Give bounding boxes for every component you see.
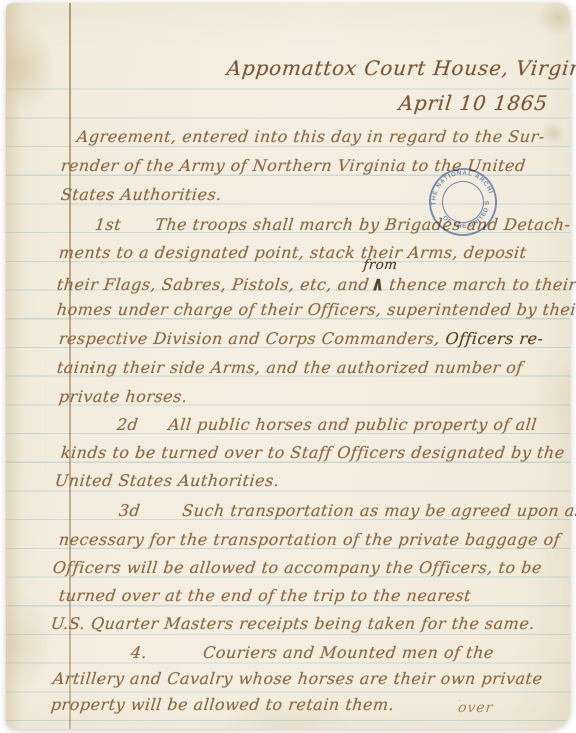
line-text: U.S. Quarter Masters receipts being take… (50, 614, 536, 633)
manuscript-line: necessary for the transportation of the … (58, 532, 561, 548)
date-text: April 10 1865 (398, 91, 550, 115)
line-text: All public horses and public property of… (167, 415, 538, 434)
interlinear-insertion: from∧ (369, 274, 391, 290)
manuscript-line: United States Authorities. (54, 473, 280, 489)
manuscript-line: private horses. (58, 389, 188, 405)
line-text: their Flags, Sabres, Pistols, etc, and (56, 275, 370, 294)
line-text: Couriers and Mounted men of the (202, 643, 495, 662)
line-text: property will be allowed to retain them. (50, 695, 395, 714)
line-text: Agreement, entered into this day in rega… (76, 127, 546, 146)
manuscript-line: 3dSuch transportation as may be agreed u… (118, 503, 576, 519)
line-text: kinds to be turned over to Staff Officer… (60, 443, 566, 462)
line-text: taining their side Arms, and the authori… (56, 358, 524, 377)
manuscript-line: Officers will be allowed to accompany th… (52, 560, 543, 576)
line-text: necessary for the transportation of the … (58, 530, 561, 549)
manuscript-line: homes under charge of their Officers, su… (56, 302, 576, 318)
manuscript-line: U.S. Quarter Masters receipts being take… (50, 616, 536, 632)
line-text-dark-ink: Officers re- (445, 329, 545, 348)
line-text: private horses. (58, 387, 189, 406)
manuscript-line: taining their side Arms, and the authori… (56, 360, 524, 376)
line-text: United States Authorities. (54, 471, 281, 490)
item-marker: 3d (118, 503, 141, 519)
item-marker: 2d (116, 417, 139, 433)
manuscript-line: 4.Couriers and Mounted men of the (130, 645, 495, 661)
manuscript-line: respective Division and Corps Commanders… (58, 331, 544, 347)
line-text: Officers will be allowed to accompany th… (52, 558, 543, 577)
caret-icon: ∧ (370, 274, 386, 294)
manuscript-line: Agreement, entered into this day in rega… (76, 129, 545, 145)
item-marker: 1st (94, 217, 122, 233)
dateline-place: Appomattox Court House, Virginia (226, 60, 576, 76)
item-marker: 4. (130, 645, 148, 661)
place-text: Appomattox Court House, Virginia (226, 56, 576, 80)
manuscript-line: property will be allowed to retain them. (50, 697, 395, 713)
manuscript-page: Appomattox Court House, Virginia April 1… (6, 3, 570, 729)
over-note: over (457, 700, 495, 716)
manuscript-line: States Authorities. (60, 187, 223, 203)
manuscript-line: turned over at the end of the trip to th… (58, 588, 472, 604)
line-text: Artillery and Cavalry whose horses are t… (52, 669, 544, 688)
manuscript-line-with-insertion: their Flags, Sabres, Pistols, etc, andfr… (56, 274, 576, 293)
line-text: turned over at the end of the trip to th… (58, 586, 472, 605)
dateline-date: April 10 1865 (398, 95, 549, 111)
line-text: homes under charge of their Officers, su… (56, 300, 576, 319)
line-text: respective Division and Corps Commanders… (58, 329, 441, 348)
line-text: Such transportation as may be agreed upo… (181, 501, 576, 520)
manuscript-line: Artillery and Cavalry whose horses are t… (52, 671, 543, 687)
manuscript-line: kinds to be turned over to Staff Officer… (60, 445, 566, 461)
manuscript-line: 2dAll public horses and public property … (116, 417, 538, 433)
line-text: thence march to their (388, 275, 576, 294)
line-text: States Authorities. (60, 185, 223, 204)
